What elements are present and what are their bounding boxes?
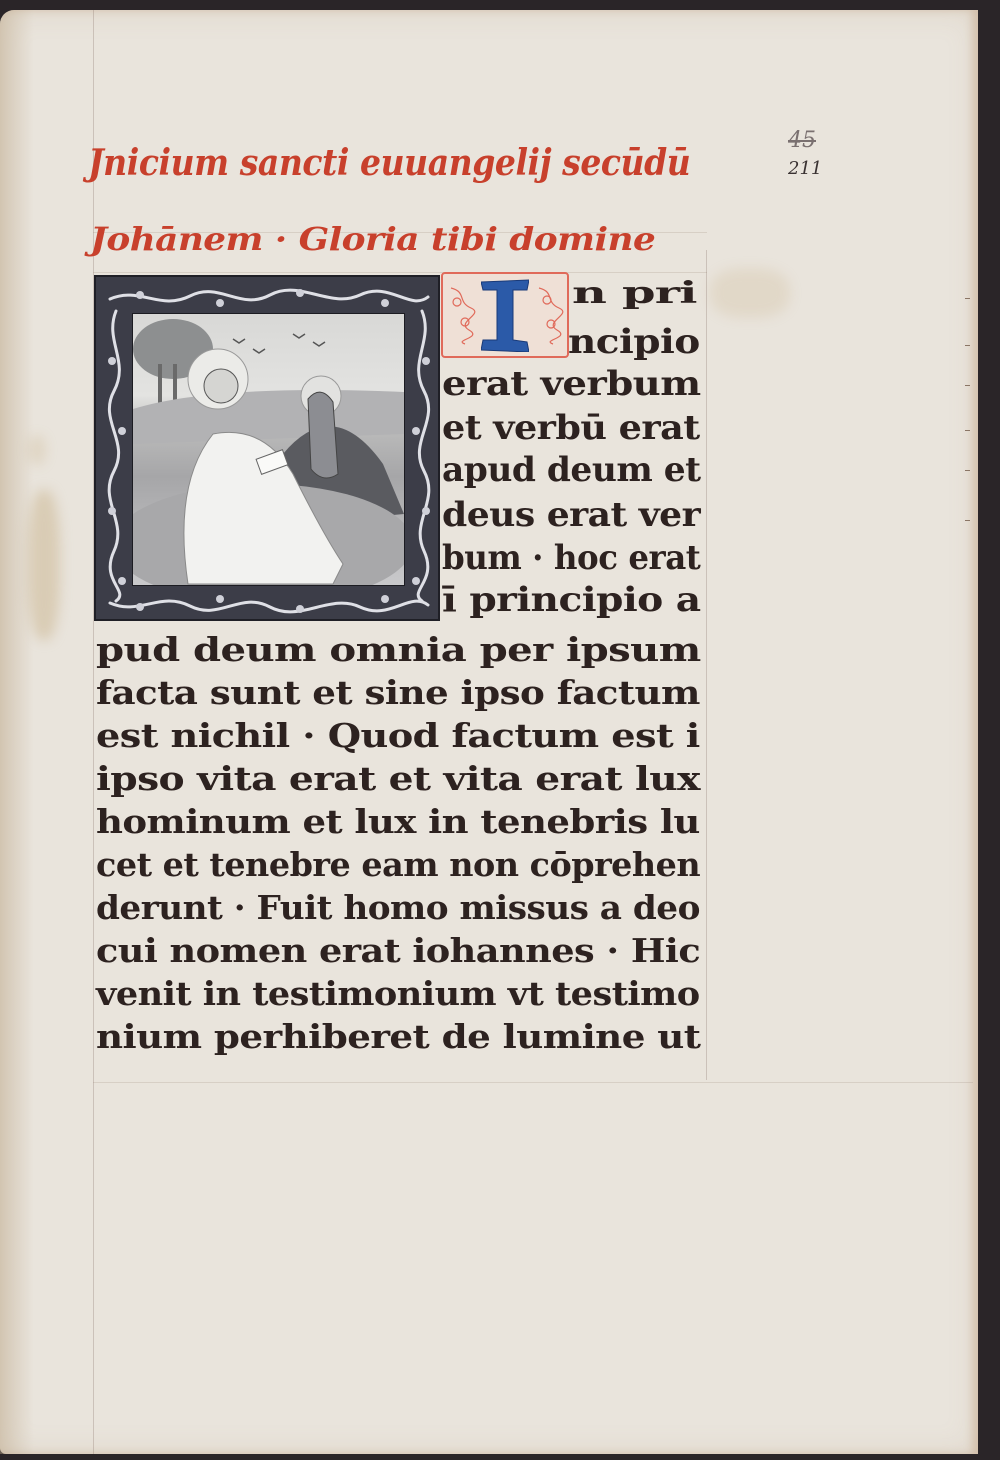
foliation: 45 211: [788, 128, 848, 188]
pricking-mark: [965, 385, 970, 386]
text-line-7: bum · hoc erat: [442, 538, 700, 578]
stain-top-right: [710, 268, 790, 318]
ruling-horizontal: [93, 272, 707, 273]
text-line-4: et verbū erat: [442, 408, 700, 448]
line-text: cui nomen erat iohannes · Hic: [96, 931, 700, 970]
ruling-horizontal: [93, 1082, 973, 1083]
line-text: derunt · Fuit homo missus a deo: [96, 888, 700, 927]
line-text: ipso vita erat et vita erat lux: [96, 759, 700, 798]
line-text: n pri: [572, 276, 697, 311]
miniature-scene: [132, 313, 405, 586]
rubric-text: Johānem · Gloria tibi domine: [90, 220, 655, 258]
text-line-9: pud deum omnia per ipsum: [96, 630, 701, 669]
line-text: est nichil · Quod factum est i: [96, 716, 700, 755]
illuminated-initial: [441, 272, 569, 358]
old-folio-number: 45: [788, 128, 816, 153]
penwork-left-icon: [447, 282, 477, 348]
text-line-3: erat verbum: [442, 364, 701, 404]
text-line-17: venit in testimonium vt testimo: [96, 974, 700, 1013]
text-line-12: ipso vita erat et vita erat lux: [96, 759, 700, 798]
line-text: ncipio: [568, 322, 700, 362]
pricking-mark: [965, 520, 970, 521]
line-text: pud deum omnia per ipsum: [96, 630, 701, 669]
line-text: cet et tenebre eam non cōprehen: [96, 845, 700, 884]
text-line-15: derunt · Fuit homo missus a deo: [96, 888, 700, 927]
pricking-mark: [965, 298, 970, 299]
line-text: nium perhiberet de lumine ut: [96, 1017, 700, 1056]
text-line-6: deus erat ver: [442, 495, 700, 535]
text-line-5: apud deum et: [442, 450, 700, 490]
text-line-16: cui nomen erat iohannes · Hic: [96, 931, 700, 970]
line-text: venit in testimonium vt testimo: [96, 974, 700, 1013]
stain-left-margin-upper: [28, 435, 46, 465]
text-line-8: ī principio a: [442, 580, 701, 620]
text-line-14: cet et tenebre eam non cōprehen: [96, 845, 700, 884]
line-text: hominum et lux in tenebris lu: [96, 802, 700, 841]
line-text: et verbū erat: [442, 408, 700, 448]
pricking-mark: [965, 470, 970, 471]
ruling-vertical-right: [706, 250, 707, 1080]
text-line-18: nium perhiberet de lumine ut: [96, 1017, 700, 1056]
pricking-mark: [965, 430, 970, 431]
rubric-line-1: Jnicium sancti euuangelij secūdū: [88, 142, 690, 184]
line-text: bum · hoc erat: [442, 538, 700, 578]
pricking-mark: [965, 345, 970, 346]
line-text: deus erat ver: [442, 495, 700, 535]
line-text: apud deum et: [442, 450, 700, 490]
penwork-right-icon: [535, 282, 565, 348]
rubric-text: Jnicium sancti euuangelij secūdū: [88, 142, 690, 184]
text-line-1: n pri: [572, 276, 697, 311]
text-line-11: est nichil · Quod factum est i: [96, 716, 700, 755]
line-text: erat verbum: [442, 364, 701, 404]
text-line-2: ncipio: [568, 322, 700, 362]
line-text: facta sunt et sine ipso factum: [96, 673, 700, 712]
folio-number: 211: [788, 158, 822, 179]
stain-left-margin: [28, 490, 60, 640]
rubric-line-2: Johānem · Gloria tibi domine: [90, 220, 655, 258]
text-line-13: hominum et lux in tenebris lu: [96, 802, 700, 841]
line-text: ī principio a: [442, 580, 701, 620]
saint-john-eagle-icon: [133, 314, 404, 585]
miniature-saint-john: [94, 275, 440, 621]
initial-letter-i-icon: [481, 278, 529, 352]
text-line-10: facta sunt et sine ipso factum: [96, 673, 700, 712]
